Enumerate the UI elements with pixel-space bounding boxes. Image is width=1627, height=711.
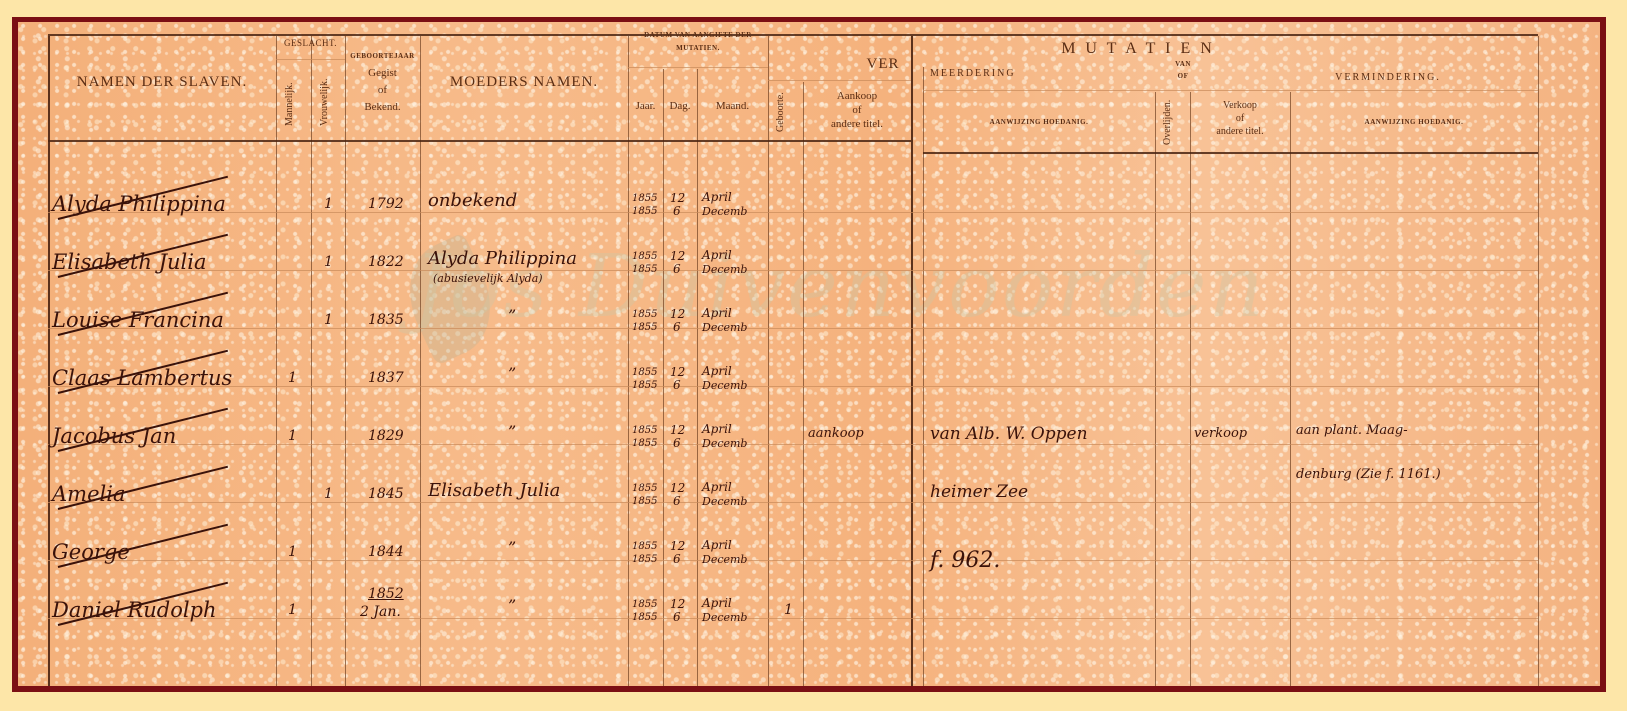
- header-deaths: Overlijden.: [1162, 94, 1174, 150]
- decl-month: Decemb: [702, 553, 747, 566]
- decl-day: 6: [673, 205, 681, 218]
- decl-month: April: [702, 249, 732, 262]
- decl-month: April: [702, 307, 732, 320]
- birth-date: 2 Jan.: [360, 604, 401, 620]
- decl-year: 1855: [632, 205, 657, 218]
- col-line: [768, 36, 769, 686]
- decl-month: April: [702, 481, 732, 494]
- decl-month: April: [702, 597, 732, 610]
- female-mark: 1: [324, 312, 333, 328]
- decl-month: April: [702, 539, 732, 552]
- register-page: Jos Duivenvoorden NAMEN DER SLAVEN. GESL…: [18, 22, 1600, 686]
- mother-note: (abusievelijk Alyda): [433, 272, 543, 285]
- decl-year: 1855: [632, 553, 657, 566]
- header-gender: GESLACHT.: [276, 38, 345, 48]
- male-mark: 1: [288, 370, 297, 386]
- col-line: [311, 36, 312, 686]
- decl-month: April: [702, 423, 732, 436]
- male-mark: 1: [288, 544, 297, 560]
- header-sale-l2: of: [1190, 113, 1290, 125]
- header-designation-left: AANWIJZING HOEDANIG.: [923, 118, 1155, 126]
- decl-month: Decemb: [702, 379, 747, 392]
- header-month: Maand.: [697, 100, 768, 113]
- decl-month: Decemb: [702, 437, 747, 450]
- col-line: [1155, 92, 1156, 686]
- header-rule-right: [923, 152, 1538, 154]
- mother-name: ”: [508, 596, 516, 615]
- header-date-group: DATUM VAN AANGIFTE DER: [628, 31, 768, 39]
- header-day: Dag.: [663, 100, 697, 113]
- sale-note: verkoop: [1194, 426, 1247, 441]
- header-year: Jaar.: [628, 100, 663, 113]
- header-designation-right: AANWIJZING HOEDANIG.: [1290, 118, 1538, 126]
- decl-year: 1855: [632, 250, 657, 263]
- decl-year: 1855: [632, 366, 657, 379]
- decl-year: 1855: [632, 308, 657, 321]
- mother-name: ”: [508, 538, 516, 557]
- col-line: [1538, 36, 1539, 686]
- birth-mark: 1: [784, 602, 793, 618]
- decl-month: April: [702, 365, 732, 378]
- decrease-note: aan plant. Maag-: [1296, 424, 1408, 437]
- male-mark: 1: [288, 602, 297, 618]
- birth-year: 1845: [368, 486, 404, 502]
- header-of: OF: [1168, 72, 1198, 80]
- decl-year: 1855: [632, 611, 657, 624]
- birth-year: 1835: [368, 312, 404, 328]
- col-line: [48, 36, 50, 686]
- header-purchase-l3: andere titel.: [803, 118, 911, 131]
- header-mothers: MOEDERS NAMEN.: [420, 74, 628, 91]
- subheader-rule: [768, 80, 911, 81]
- col-line: [628, 36, 629, 686]
- decl-year: 1855: [632, 598, 657, 611]
- header-mutations: M U T A T I E N: [1058, 40, 1218, 58]
- birth-year: 1822: [368, 254, 404, 270]
- header-rule-left: [48, 140, 911, 142]
- header-female: Vrouwelijk.: [319, 67, 331, 137]
- header-decrease: VERMINDERING.: [1288, 72, 1488, 84]
- decl-year: 1855: [632, 482, 657, 495]
- decl-month: Decemb: [702, 495, 747, 508]
- increase-note: heimer Zee: [930, 482, 1028, 502]
- col-line: [923, 67, 924, 686]
- header-increase: MEERDERING: [930, 68, 1070, 80]
- decl-month: Decemb: [702, 205, 747, 218]
- birth-year: 1792: [368, 196, 404, 212]
- col-line: [1190, 92, 1191, 686]
- header-purchase-l1: Aankoop: [803, 90, 911, 103]
- birth-year: 1829: [368, 428, 404, 444]
- decl-year: 1855: [632, 540, 657, 553]
- decl-year: 1855: [632, 379, 657, 392]
- header-birth: Geboorte.: [775, 88, 787, 136]
- increase-note: van Alb. W. Oppen: [930, 424, 1088, 444]
- header-birthyear: GEBOORTEJAAR: [345, 52, 420, 60]
- col-line: [697, 69, 698, 686]
- row-line: [48, 618, 1538, 619]
- decl-year: 1855: [632, 424, 657, 437]
- female-mark: 1: [324, 196, 333, 212]
- decl-day: 6: [673, 553, 681, 566]
- row-line: [48, 444, 1538, 445]
- mother-name: ”: [508, 364, 516, 383]
- subheader-rule: [923, 90, 1538, 91]
- mother-name: Elisabeth Julia: [428, 480, 560, 501]
- header-van: VAN: [1168, 60, 1198, 68]
- col-line: [420, 36, 421, 686]
- female-mark: 1: [324, 486, 333, 502]
- row-line: [48, 502, 1538, 503]
- female-mark: 1: [324, 254, 333, 270]
- header-birthyear-l1: Gegist: [345, 67, 420, 80]
- header-birthyear-l3: Bekend.: [345, 101, 420, 114]
- decrease-note: denburg (Zie f. 1161.): [1296, 468, 1441, 481]
- page-fold: [911, 36, 913, 686]
- mother-name: onbekend: [428, 190, 517, 211]
- decl-day: 6: [673, 321, 681, 334]
- header-ver: VER: [858, 56, 908, 73]
- subheader-rule: [628, 67, 768, 68]
- decl-month: April: [702, 191, 732, 204]
- decl-year: 1855: [632, 437, 657, 450]
- mother-name: Alyda Philippina: [428, 248, 577, 269]
- header-purchase-l2: of: [803, 104, 911, 117]
- row-line: [48, 560, 1538, 561]
- mother-name: ”: [508, 306, 516, 325]
- col-line: [276, 36, 277, 686]
- header-male: Mannelijk.: [284, 72, 296, 136]
- row-line: [48, 386, 1538, 387]
- decl-day: 6: [673, 495, 681, 508]
- decl-day: 6: [673, 611, 681, 624]
- col-line: [1290, 92, 1291, 686]
- birth-year: 1837: [368, 370, 404, 386]
- decl-month: Decemb: [702, 321, 747, 334]
- decl-year: 1855: [632, 495, 657, 508]
- top-rule: [48, 34, 1538, 36]
- col-line: [803, 82, 804, 686]
- increase-note: f. 962.: [930, 548, 1000, 573]
- purchase-note: aankoop: [808, 426, 864, 441]
- decl-year: 1855: [632, 263, 657, 276]
- mother-name: ”: [508, 422, 516, 441]
- birth-year: 1852: [368, 586, 404, 602]
- subheader-rule: [276, 59, 345, 60]
- decl-month: Decemb: [702, 263, 747, 276]
- header-date-group-2: MUTATIEN.: [628, 44, 768, 52]
- col-line: [663, 69, 664, 686]
- decl-day: 6: [673, 437, 681, 450]
- header-sale-l1: Verkoop: [1190, 100, 1290, 112]
- slave-name: Elisabeth Julia: [52, 250, 206, 274]
- decl-month: Decemb: [702, 611, 747, 624]
- col-line: [345, 36, 346, 686]
- decl-year: 1855: [632, 192, 657, 205]
- row-line: [48, 328, 1538, 329]
- birth-year: 1844: [368, 544, 404, 560]
- header-birthyear-l2: of: [345, 84, 420, 97]
- male-mark: 1: [288, 428, 297, 444]
- row-line: [48, 270, 1538, 271]
- header-sale-l3: andere titel.: [1190, 126, 1290, 138]
- decl-day: 6: [673, 379, 681, 392]
- header-names: NAMEN DER SLAVEN.: [48, 74, 276, 91]
- row-line: [48, 212, 1538, 213]
- decl-year: 1855: [632, 321, 657, 334]
- decl-day: 6: [673, 263, 681, 276]
